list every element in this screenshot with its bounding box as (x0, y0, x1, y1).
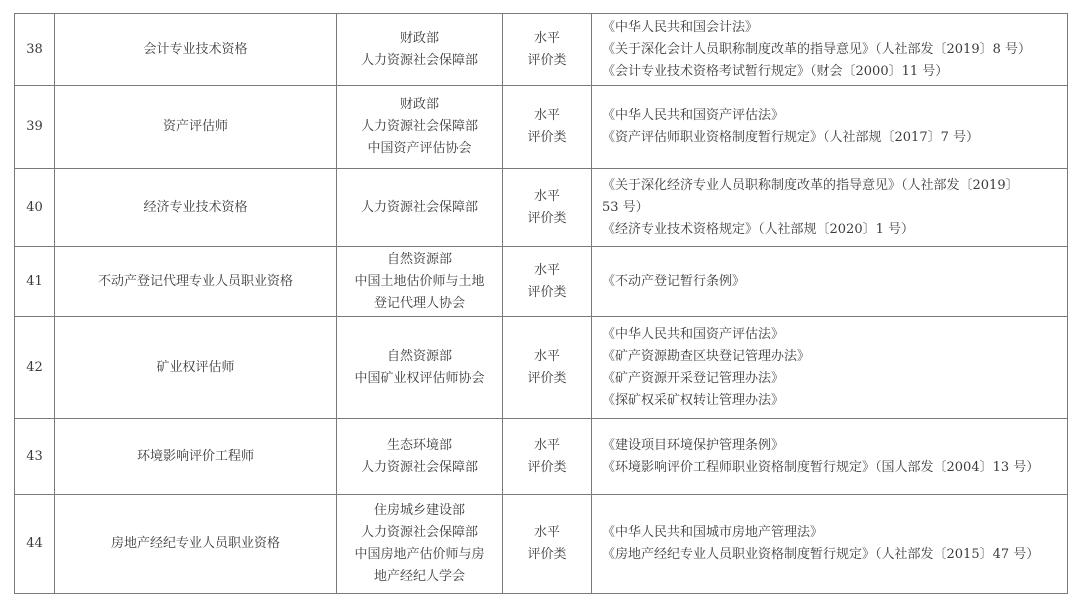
legal-basis: 《不动产登记暂行条例》 (592, 247, 1068, 317)
table-row: 42矿业权评估师自然资源部中国矿业权评估师协会水平评价类《中华人民共和国资产评估… (15, 317, 1068, 419)
basis-line: 《关于深化经济专业人员职称制度改革的指导意见》（人社部发〔2019〕 (602, 175, 1061, 197)
type-line: 评价类 (503, 457, 591, 479)
basis-line: 《不动产登记暂行条例》 (602, 271, 1061, 293)
type-line: 评价类 (503, 127, 591, 149)
department-line: 人力资源社会保障部 (337, 116, 502, 138)
qualification-name: 资产评估师 (55, 86, 337, 169)
type-line: 水平 (503, 260, 591, 282)
qualification-type: 水平评价类 (503, 247, 592, 317)
legal-basis: 《中华人民共和国会计法》《关于深化会计人员职称制度改革的指导意见》（人社部发〔2… (592, 14, 1068, 86)
qualification-table: 38会计专业技术资格财政部人力资源社会保障部水平评价类《中华人民共和国会计法》《… (14, 13, 1068, 594)
department-line: 中国土地估价师与土地 (337, 271, 502, 293)
type-line: 水平 (503, 435, 591, 457)
table-row: 44房地产经纪专业人员职业资格住房城乡建设部人力资源社会保障部中国房地产估价师与… (15, 495, 1068, 594)
basis-line: 《中华人民共和国资产评估法》 (602, 324, 1061, 346)
department-line: 人力资源社会保障部 (337, 50, 502, 72)
legal-basis: 《建设项目环境保护管理条例》《环境影响评价工程师职业资格制度暂行规定》（国人部发… (592, 419, 1068, 495)
qualification-type: 水平评价类 (503, 86, 592, 169)
type-line: 水平 (503, 346, 591, 368)
type-line: 评价类 (503, 282, 591, 304)
row-number: 44 (15, 495, 55, 594)
row-number: 42 (15, 317, 55, 419)
department-line: 人力资源社会保障部 (337, 457, 502, 479)
department-line: 生态环境部 (337, 435, 502, 457)
type-line: 水平 (503, 522, 591, 544)
implementing-departments: 自然资源部中国矿业权评估师协会 (337, 317, 503, 419)
department-line: 中国矿业权评估师协会 (337, 368, 502, 390)
department-line: 中国资产评估协会 (337, 138, 502, 160)
type-line: 评价类 (503, 208, 591, 230)
department-line: 住房城乡建设部 (337, 500, 502, 522)
implementing-departments: 住房城乡建设部人力资源社会保障部中国房地产估价师与房地产经纪人学会 (337, 495, 503, 594)
qualification-name: 环境影响评价工程师 (55, 419, 337, 495)
basis-line: 《会计专业技术资格考试暂行规定》（财会〔2000〕11 号） (602, 61, 1061, 83)
legal-basis: 《中华人民共和国资产评估法》《矿产资源勘查区块登记管理办法》《矿产资源开采登记管… (592, 317, 1068, 419)
implementing-departments: 人力资源社会保障部 (337, 169, 503, 247)
type-line: 评价类 (503, 544, 591, 566)
department-line: 中国房地产估价师与房 (337, 544, 502, 566)
basis-line: 《矿产资源开采登记管理办法》 (602, 368, 1061, 390)
qualification-name: 不动产登记代理专业人员职业资格 (55, 247, 337, 317)
type-line: 水平 (503, 28, 591, 50)
basis-line: 《建设项目环境保护管理条例》 (602, 435, 1061, 457)
basis-line: 《环境影响评价工程师职业资格制度暂行规定》（国人部发〔2004〕13 号） (602, 457, 1061, 479)
row-number: 40 (15, 169, 55, 247)
table-row: 43环境影响评价工程师生态环境部人力资源社会保障部水平评价类《建设项目环境保护管… (15, 419, 1068, 495)
qualification-type: 水平评价类 (503, 169, 592, 247)
basis-line: 《关于深化会计人员职称制度改革的指导意见》（人社部发〔2019〕8 号） (602, 39, 1061, 61)
basis-line: 《中华人民共和国会计法》 (602, 17, 1061, 39)
legal-basis: 《关于深化经济专业人员职称制度改革的指导意见》（人社部发〔2019〕53 号）《… (592, 169, 1068, 247)
type-line: 水平 (503, 105, 591, 127)
implementing-departments: 财政部人力资源社会保障部中国资产评估协会 (337, 86, 503, 169)
qualification-type: 水平评价类 (503, 317, 592, 419)
basis-line: 《房地产经纪专业人员职业资格制度暂行规定》（人社部发〔2015〕47 号） (602, 544, 1061, 566)
qualification-name: 经济专业技术资格 (55, 169, 337, 247)
row-number: 43 (15, 419, 55, 495)
basis-line: 《资产评估师职业资格制度暂行规定》（人社部规〔2017〕7 号） (602, 127, 1061, 149)
table-row: 41不动产登记代理专业人员职业资格自然资源部中国土地估价师与土地登记代理人协会水… (15, 247, 1068, 317)
department-line: 登记代理人协会 (337, 293, 502, 315)
qualification-name: 会计专业技术资格 (55, 14, 337, 86)
basis-line: 《经济专业技术资格规定》（人社部规〔2020〕1 号） (602, 219, 1061, 241)
implementing-departments: 自然资源部中国土地估价师与土地登记代理人协会 (337, 247, 503, 317)
department-line: 地产经纪人学会 (337, 566, 502, 588)
qualification-name: 矿业权评估师 (55, 317, 337, 419)
basis-line: 《矿产资源勘查区块登记管理办法》 (602, 346, 1061, 368)
table-row: 38会计专业技术资格财政部人力资源社会保障部水平评价类《中华人民共和国会计法》《… (15, 14, 1068, 86)
qualification-table-body: 38会计专业技术资格财政部人力资源社会保障部水平评价类《中华人民共和国会计法》《… (15, 14, 1068, 594)
qualification-name: 房地产经纪专业人员职业资格 (55, 495, 337, 594)
basis-line: 53 号） (602, 197, 1061, 219)
basis-line: 《中华人民共和国城市房地产管理法》 (602, 522, 1061, 544)
row-number: 41 (15, 247, 55, 317)
legal-basis: 《中华人民共和国城市房地产管理法》《房地产经纪专业人员职业资格制度暂行规定》（人… (592, 495, 1068, 594)
qualification-type: 水平评价类 (503, 14, 592, 86)
basis-line: 《探矿权采矿权转让管理办法》 (602, 390, 1061, 412)
type-line: 水平 (503, 186, 591, 208)
basis-line: 《中华人民共和国资产评估法》 (602, 105, 1061, 127)
department-line: 自然资源部 (337, 249, 502, 271)
qualification-type: 水平评价类 (503, 419, 592, 495)
department-line: 人力资源社会保障部 (337, 197, 502, 219)
legal-basis: 《中华人民共和国资产评估法》《资产评估师职业资格制度暂行规定》（人社部规〔201… (592, 86, 1068, 169)
row-number: 39 (15, 86, 55, 169)
department-line: 财政部 (337, 28, 502, 50)
qualification-type: 水平评价类 (503, 495, 592, 594)
type-line: 评价类 (503, 50, 591, 72)
department-line: 人力资源社会保障部 (337, 522, 502, 544)
type-line: 评价类 (503, 368, 591, 390)
implementing-departments: 财政部人力资源社会保障部 (337, 14, 503, 86)
department-line: 自然资源部 (337, 346, 502, 368)
department-line: 财政部 (337, 94, 502, 116)
table-row: 40经济专业技术资格人力资源社会保障部水平评价类《关于深化经济专业人员职称制度改… (15, 169, 1068, 247)
row-number: 38 (15, 14, 55, 86)
table-row: 39资产评估师财政部人力资源社会保障部中国资产评估协会水平评价类《中华人民共和国… (15, 86, 1068, 169)
implementing-departments: 生态环境部人力资源社会保障部 (337, 419, 503, 495)
